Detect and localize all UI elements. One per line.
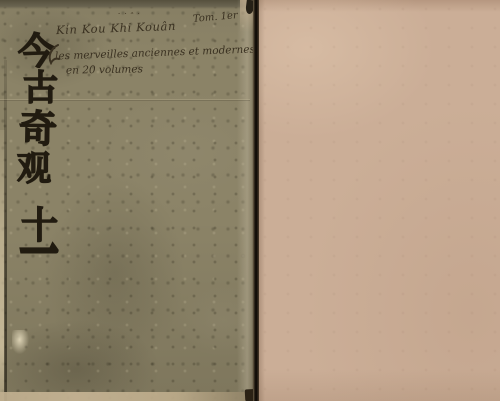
title-char-2: 古 <box>23 72 58 107</box>
cover-stain <box>12 330 29 354</box>
cover-right-edge-wear <box>237 0 254 401</box>
title-char-3: 奇 <box>19 110 58 149</box>
title-char-4: 观 <box>17 152 51 186</box>
handwritten-corner-note: Tom. 1er <box>193 11 239 25</box>
handwritten-translation: les merveilles anciennes et modernes <box>55 45 255 62</box>
title-char-6: 一 <box>19 224 59 288</box>
cover-left-crease <box>4 60 7 401</box>
book-scan: 今 古 奇 观 十 一 Tom. 1er ˙˙ˆ˙ Kin Kou Khi Ko… <box>0 0 500 401</box>
handwritten-transliteration: Kin Kou Khi Kouân <box>56 21 176 37</box>
handwritten-volume-count: en 20 volumes <box>66 64 143 76</box>
book-cover: 今 古 奇 观 十 一 Tom. 1er ˙˙ˆ˙ Kin Kou Khi Ko… <box>0 0 254 401</box>
cover-bottom-edge <box>0 392 252 401</box>
blank-page <box>259 0 500 401</box>
cover-top-edge <box>0 0 254 9</box>
